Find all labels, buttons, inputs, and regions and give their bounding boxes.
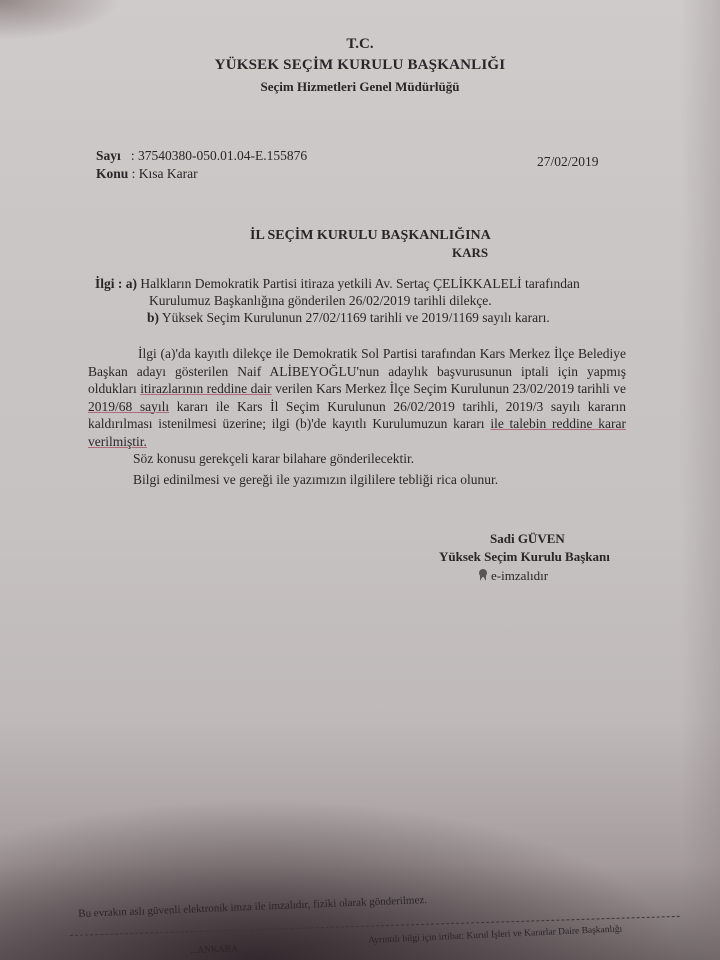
- sayi-label: Sayı: [96, 148, 121, 163]
- document-date: 27/02/2019: [537, 154, 599, 170]
- addressee-line1: İL SEÇİM KURULU BAŞKANLIĞINA: [250, 228, 491, 244]
- header-department: Seçim Hizmetleri Genel Müdürlüğü: [0, 79, 720, 95]
- handwritten-underline-1: itirazlarının reddine dair: [140, 381, 271, 396]
- konu-label: Konu: [96, 166, 128, 181]
- subject: Konu : Kısa Karar: [96, 166, 198, 182]
- ilgi-section: İlgi : a) Halkların Demokratik Partisi i…: [95, 275, 635, 326]
- header-organization: YÜKSEK SEÇİM KURULU BAŞKANLIĞI: [0, 57, 720, 74]
- body-paragraph-3: Bilgi edinilmesi ve gereği ile yazımızın…: [133, 472, 498, 488]
- konu-value: : Kısa Karar: [132, 166, 198, 181]
- header-tc: T.C.: [0, 36, 720, 53]
- ilgi-label: İlgi : a): [95, 276, 137, 291]
- ilgi-a-line2: Kurulumuz Başkanlığına gönderilen 26/02/…: [95, 292, 635, 309]
- ilgi-b: b) Yüksek Seçim Kurulunun 27/02/1169 tar…: [95, 309, 635, 326]
- footer-address: ...ANKARA: [190, 944, 238, 956]
- addressee-line2: KARS: [452, 245, 488, 261]
- e-signature: e-imzalıdır: [478, 568, 548, 584]
- e-signature-text: e-imzalıdır: [491, 568, 548, 584]
- reference-number: Sayı : 37540380-050.01.04-E.155876: [96, 148, 307, 164]
- handwritten-underline-2: 2019/68 sayılı: [88, 399, 169, 414]
- signatory-title: Yüksek Seçim Kurulu Başkanı: [439, 549, 610, 565]
- sayi-value: : 37540380-050.01.04-E.155876: [131, 148, 307, 163]
- ilgi-a-line1: İlgi : a) Halkların Demokratik Partisi i…: [95, 275, 635, 292]
- photo-shadow-right: [680, 0, 720, 960]
- body-paragraph-2: Söz konusu gerekçeli karar bilahare gönd…: [133, 451, 414, 467]
- body-paragraph-1: İlgi (a)'da kayıtlı dilekçe ile Demokrat…: [88, 345, 626, 450]
- signatory-name: Sadi GÜVEN: [490, 531, 565, 547]
- seal-icon: [478, 569, 488, 583]
